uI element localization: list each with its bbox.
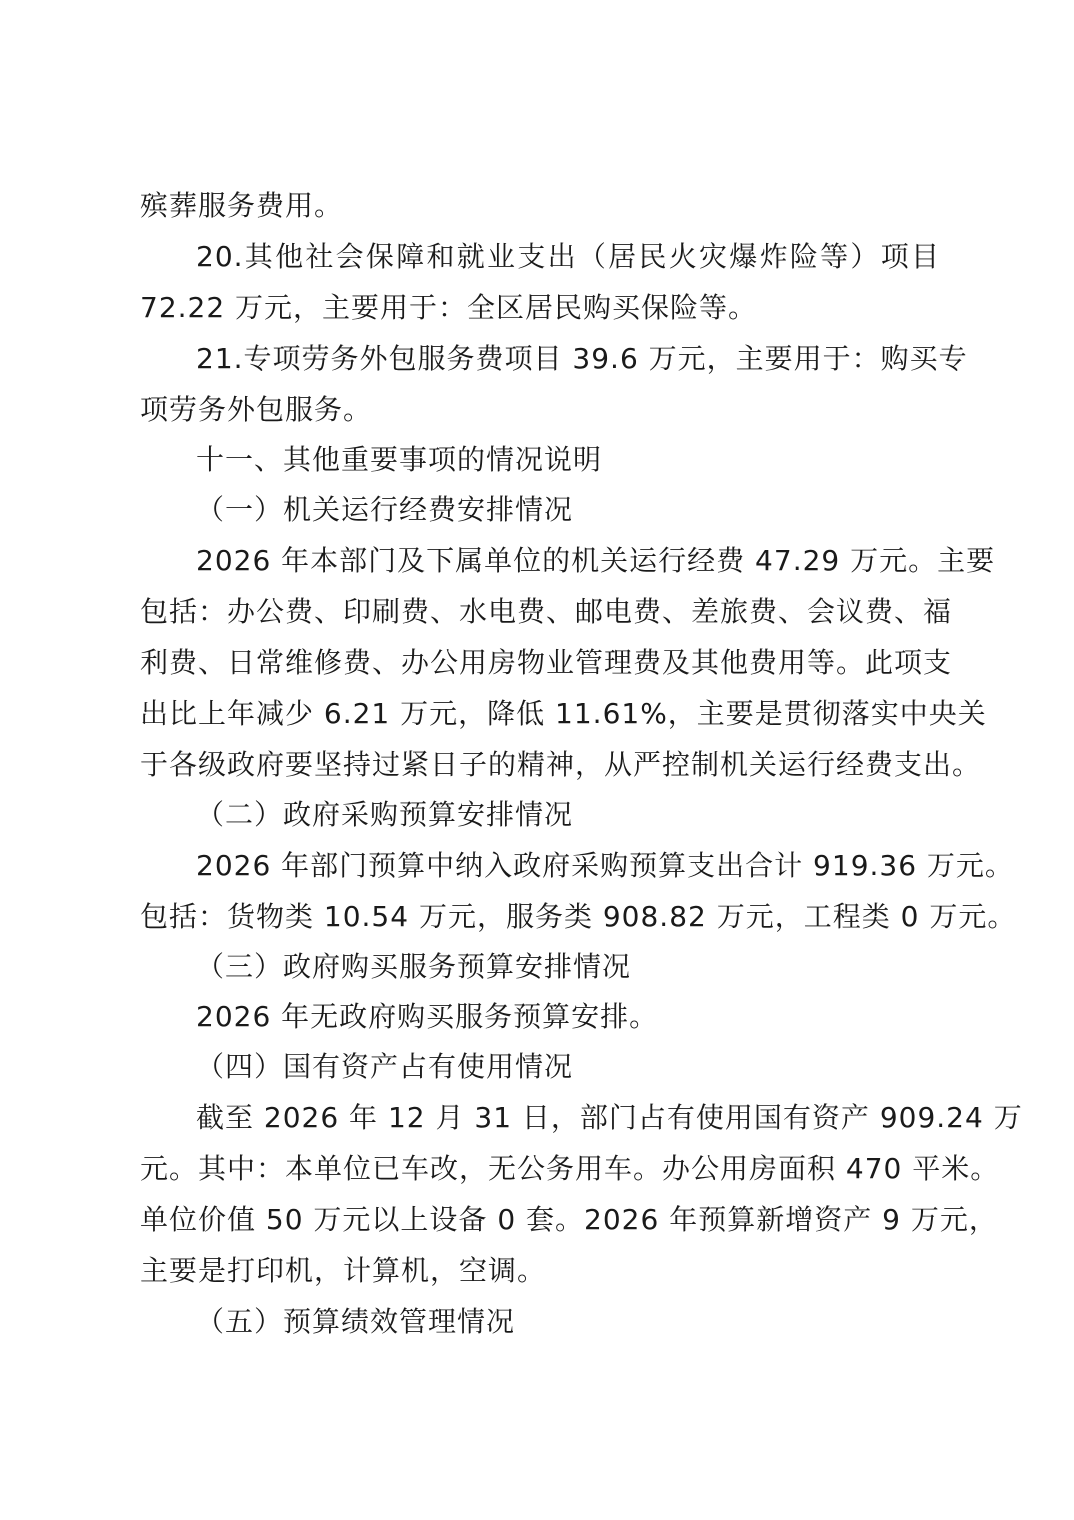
paragraph-line: 殡葬服务费用。 xyxy=(140,188,940,224)
document-page: 殡葬服务费用。 20.其他社会保障和就业支出（居民火灾爆炸险等）项目 72.22… xyxy=(0,0,1074,1520)
paragraph-line: 于各级政府要坚持过紧日子的精神，从严控制机关运行经费支出。 xyxy=(140,747,940,783)
subsection-heading-5: （五）预算绩效管理情况 xyxy=(196,1304,940,1340)
subsection-heading-2: （二）政府采购预算安排情况 xyxy=(196,797,940,833)
list-item-20: 20.其他社会保障和就业支出（居民火灾爆炸险等）项目 xyxy=(196,239,940,275)
paragraph-line: 2026 年本部门及下属单位的机关运行经费 47.29 万元。主要 xyxy=(196,543,940,579)
paragraph-line: 2026 年部门预算中纳入政府采购预算支出合计 919.36 万元。 xyxy=(196,848,940,884)
paragraph-line: 利费、日常维修费、办公用房物业管理费及其他费用等。此项支 xyxy=(140,645,940,681)
section-heading-11: 十一、其他重要事项的情况说明 xyxy=(196,442,940,478)
paragraph-line: 元。其中：本单位已车改，无公务用车。办公用房面积 470 平米。 xyxy=(140,1151,940,1187)
paragraph-line: 主要是打印机，计算机，空调。 xyxy=(140,1253,940,1289)
paragraph-line: 72.22 万元，主要用于：全区居民购买保险等。 xyxy=(140,290,940,326)
paragraph-line: 出比上年减少 6.21 万元，降低 11.61%，主要是贯彻落实中央关 xyxy=(140,696,940,732)
subsection-heading-4: （四）国有资产占有使用情况 xyxy=(196,1049,940,1085)
subsection-heading-3: （三）政府购买服务预算安排情况 xyxy=(196,949,940,985)
paragraph-line: 2026 年无政府购买服务预算安排。 xyxy=(196,999,940,1035)
paragraph-line: 包括：办公费、印刷费、水电费、邮电费、差旅费、会议费、福 xyxy=(140,594,940,630)
paragraph-line: 包括：货物类 10.54 万元，服务类 908.82 万元，工程类 0 万元。 xyxy=(140,899,940,935)
paragraph-line: 项劳务外包服务。 xyxy=(140,392,940,428)
paragraph-line: 截至 2026 年 12 月 31 日，部门占有使用国有资产 909.24 万 xyxy=(196,1100,940,1136)
list-item-21: 21.专项劳务外包服务费项目 39.6 万元，主要用于：购买专 xyxy=(196,341,940,377)
subsection-heading-1: （一）机关运行经费安排情况 xyxy=(196,492,940,528)
paragraph-line: 单位价值 50 万元以上设备 0 套。2026 年预算新增资产 9 万元， xyxy=(140,1202,940,1238)
